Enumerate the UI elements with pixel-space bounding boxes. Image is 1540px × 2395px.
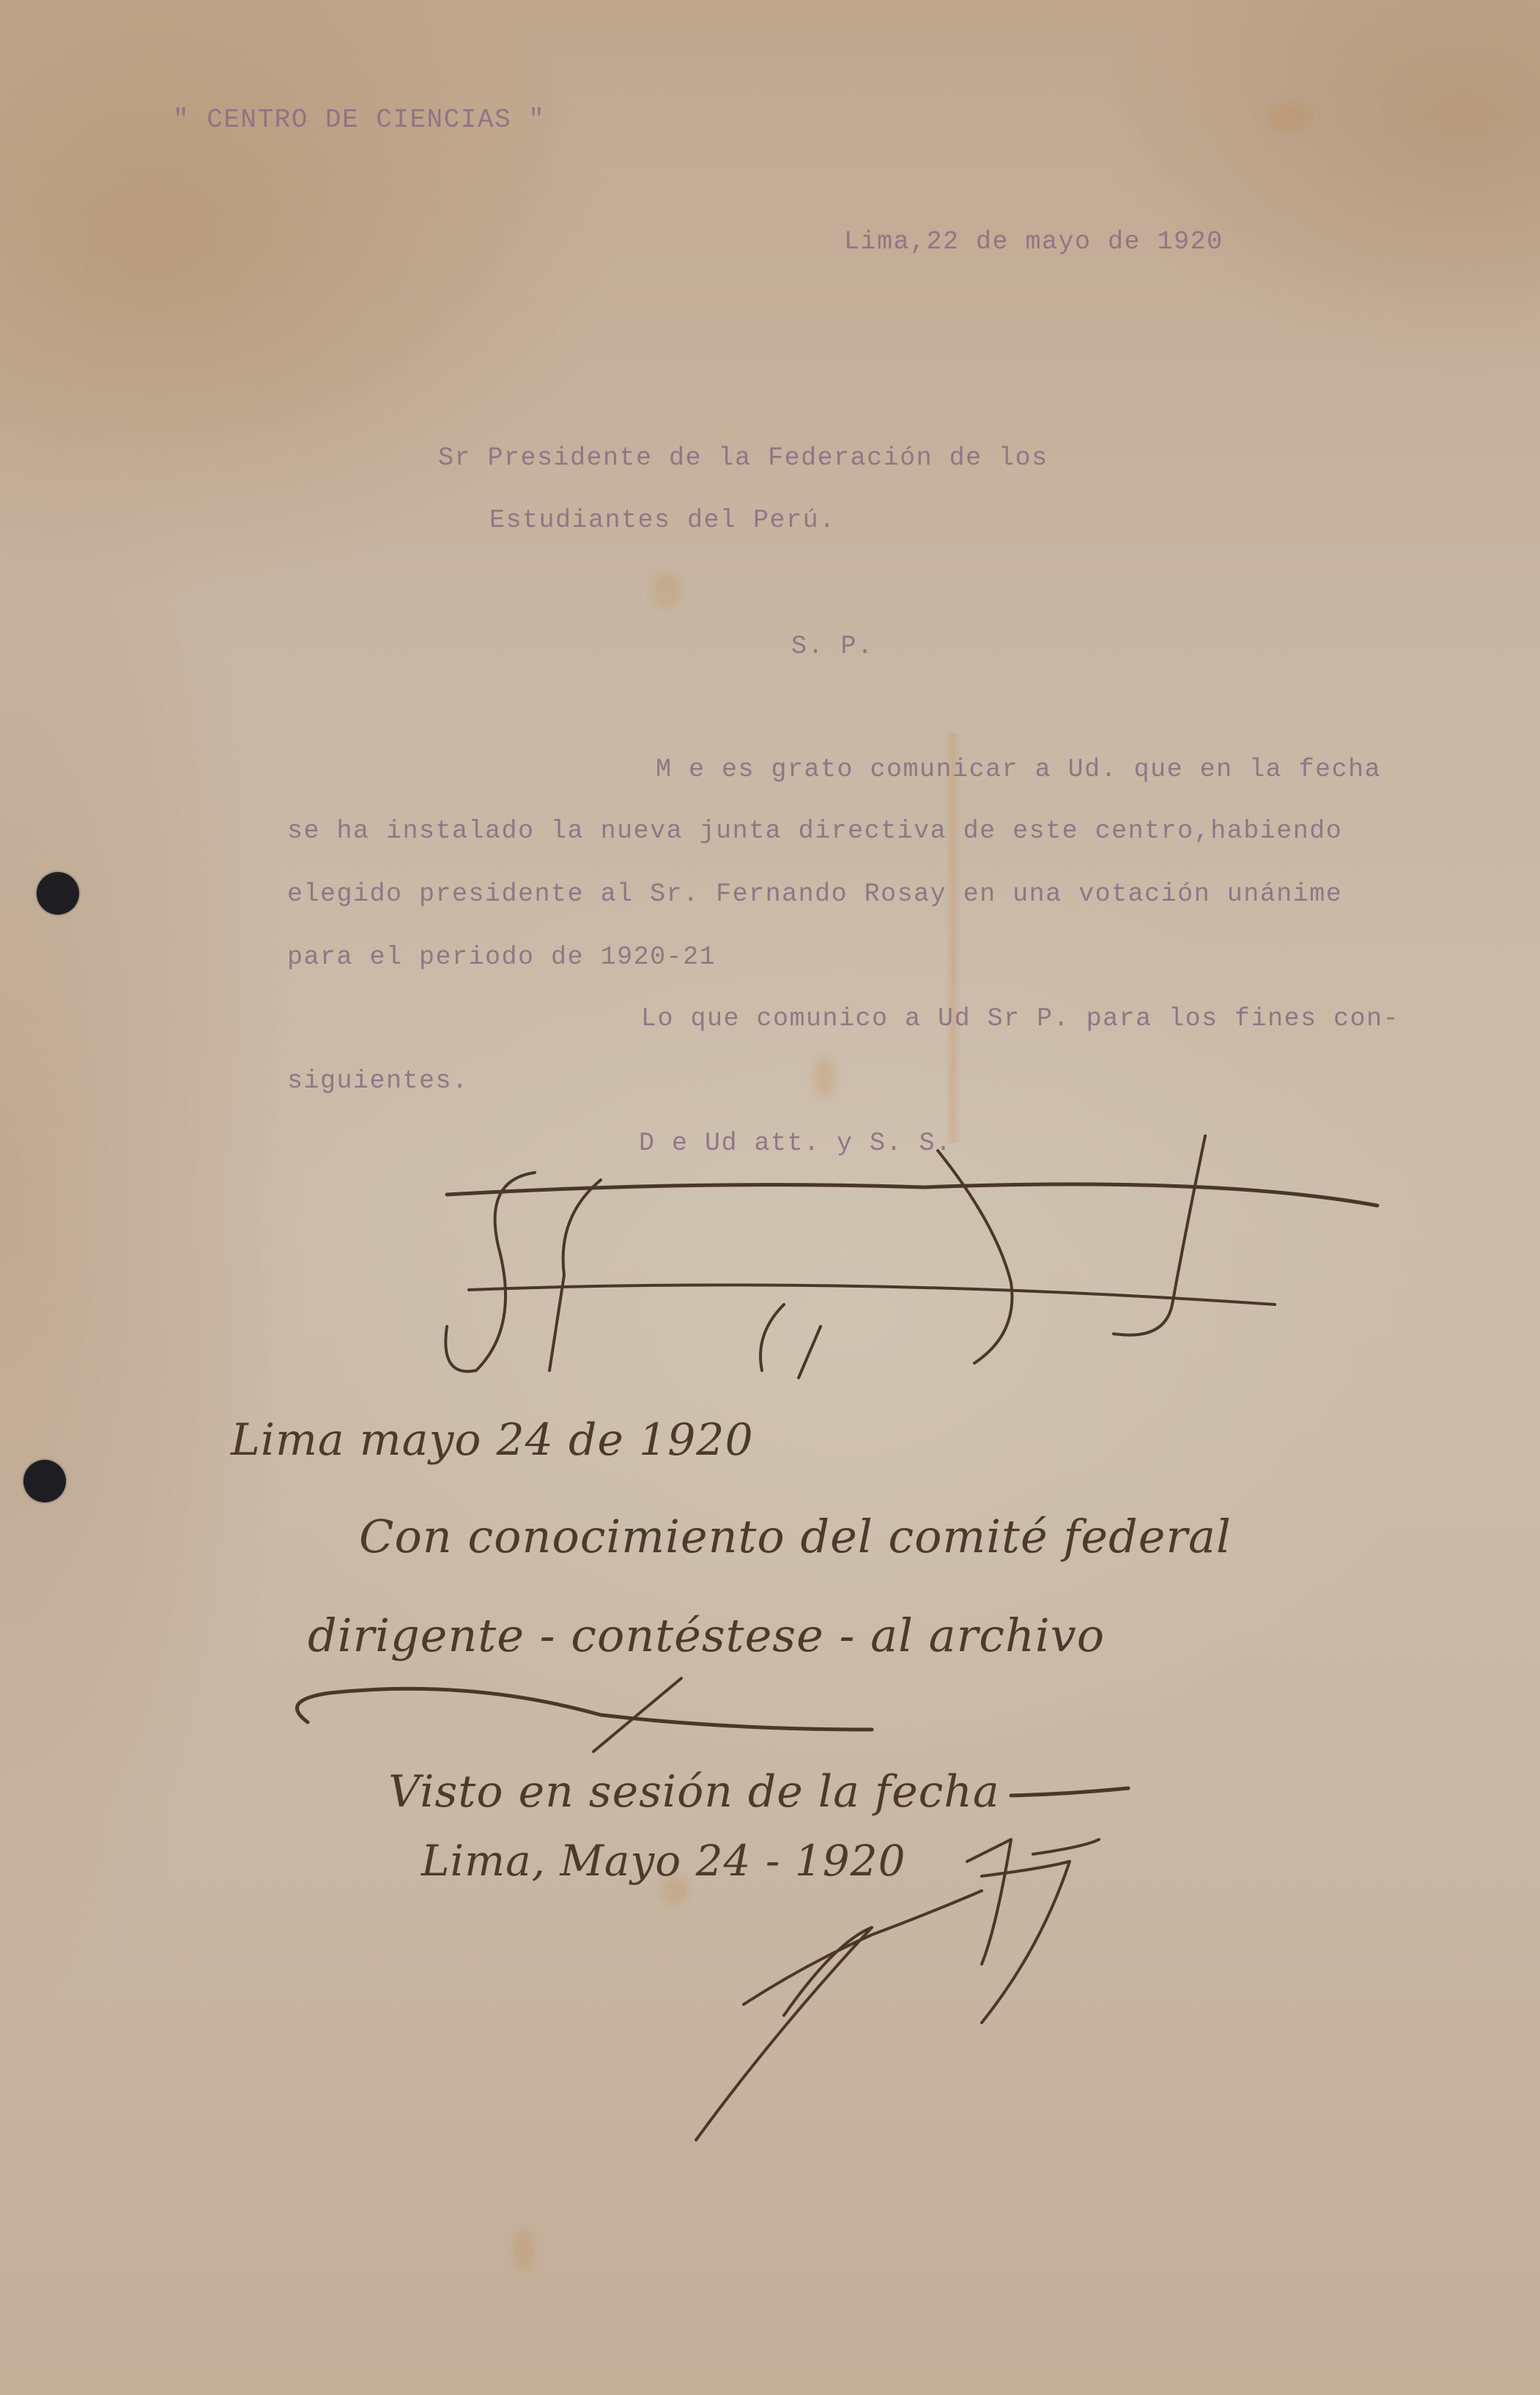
paper-fold-stain (945, 733, 961, 1143)
dash-flourish-icon (1011, 1781, 1143, 1803)
body-line: siguientes. (287, 1066, 469, 1096)
handwritten-signature-icon (689, 1839, 1202, 2147)
paper-stain (1267, 103, 1311, 132)
addressee-line-2: Estudiantes del Perú. (489, 506, 836, 535)
body-line: para el periodo de 1920-21 (287, 942, 716, 972)
body-line: se ha instalado la nueva junta directiva… (287, 816, 1342, 846)
punch-hole-icon (37, 872, 79, 915)
dateline: Lima,22 de mayo de 1920 (844, 227, 1224, 257)
salutation: S. P. (791, 632, 874, 661)
annotation-2-line: Visto en sesión de la fecha (388, 1766, 1000, 1818)
body-line: elegido presidente al Sr. Fernando Rosay… (287, 879, 1342, 909)
addressee-line-1: Sr Presidente de la Federación de los (438, 443, 1048, 473)
letterhead: " CENTRO DE CIENCIAS " (173, 105, 545, 135)
annotation-1-line: Lima mayo 24 de 1920 (231, 1414, 754, 1466)
body-line: M e es grato comunicar a Ud. que en la f… (656, 755, 1381, 784)
document-page: " CENTRO DE CIENCIAS " Lima,22 de mayo d… (0, 0, 1540, 2395)
paper-stain (513, 2228, 535, 2272)
underline-flourish-icon (286, 1671, 945, 1759)
body-line: Lo que comunico a Ud Sr P. para los fine… (641, 1004, 1399, 1033)
punch-hole-icon (23, 1460, 66, 1502)
annotation-1-line: Con conocimiento del comité federal (359, 1510, 1232, 1563)
paper-stain (813, 1055, 835, 1099)
paper-stain (652, 572, 681, 608)
annotation-1-line: dirigente - contéstese - al archivo (308, 1609, 1105, 1662)
